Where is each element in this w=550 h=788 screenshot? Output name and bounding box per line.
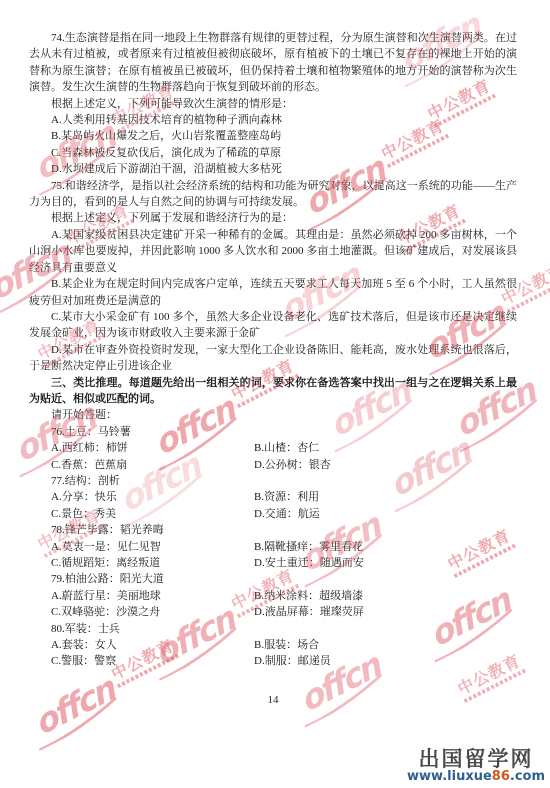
question-80-option-d: D.制服：邮递员 [254, 653, 517, 669]
question-74-option-c: C.当森林被反复砍伐后，演化成为了稀疏的草原 [29, 145, 517, 161]
question-77: 77.结构：剖析 A.分享：快乐 B.资源：利用 C.景色：秀美 D.交通：航运 [29, 473, 517, 522]
question-78-option-d: D.安土重迁：随遇而安 [254, 555, 517, 571]
question-74-option-a: A.人类利用转基因技术培育的植物种子洒向森林 [29, 112, 517, 128]
question-78-option-c: C.循规蹈矩：离经叛道 [51, 555, 254, 571]
question-79-option-b: B.纳米涂料：超级墙漆 [254, 588, 517, 604]
question-80-stem: 80.军装：士兵 [29, 621, 517, 637]
question-76-options-row-2: C.香蕉：芭蕉扇 D.公孙树：银杏 [29, 457, 517, 473]
question-75-stem: 根据上述定义，下列属于发展和谐经济行为的是： [29, 210, 517, 226]
liuxue86-logo: 出国留学网 www.liuxue86.com [407, 748, 545, 784]
question-76-option-d: D.公孙树：银杏 [254, 457, 517, 473]
question-79-stem: 79.柏油公路：阳光大道 [29, 571, 517, 587]
exam-content: 74.生态演替是指在同一地段上生物群落有规律的更替过程，分为原生演替和次生演替两… [29, 30, 517, 708]
question-80-option-c: C.警服：警察 [51, 653, 254, 669]
question-74: 74.生态演替是指在同一地段上生物群落有规律的更替过程，分为原生演替和次生演替两… [29, 30, 517, 178]
question-78-options-row-1: A.莫衷一是：见仁见智 B.隔靴搔痒：雾里看花 [29, 539, 517, 555]
question-75: 75.和谐经济学，是指以社会经济系统的结构和功能为研究对象，以提高这一系统的功能… [29, 178, 517, 375]
question-78-options-row-2: C.循规蹈矩：离经叛道 D.安土重迁：随遇而安 [29, 555, 517, 571]
question-77-option-c: C.景色：秀美 [51, 506, 254, 522]
question-76-option-b: B.山楂：杏仁 [254, 440, 517, 456]
question-76: 76.土豆：马铃薯 A.西红柿：柿饼 B.山楂：杏仁 C.香蕉：芭蕉扇 D.公孙… [29, 424, 517, 473]
question-77-option-a: A.分享：快乐 [51, 489, 254, 505]
question-80-options-row-2: C.警服：警察 D.制服：邮递员 [29, 653, 517, 669]
question-75-option-c: C.某市大小采金矿有 100 多个，虽然大多企业设备老化、选矿技术落后，但是该市… [29, 309, 517, 342]
question-76-options-row-1: A.西红柿：柿饼 B.山楂：杏仁 [29, 440, 517, 456]
question-76-stem: 76.土豆：马铃薯 [29, 424, 517, 440]
question-78-option-b: B.隔靴搔痒：雾里看花 [254, 539, 517, 555]
question-77-options-row-2: C.景色：秀美 D.交通：航运 [29, 506, 517, 522]
question-78-option-a: A.莫衷一是：见仁见智 [51, 539, 254, 555]
question-80-options-row-1: A.套装：女人 B.服装：场合 [29, 637, 517, 653]
question-75-option-b: B.某企业为在规定时间内完成客户定单，连续五天要求工人每天加班 5 至 6 个小… [29, 276, 517, 309]
site-url-86: 86 [492, 769, 510, 784]
question-78: 78.锋芒毕露：韬光养晦 A.莫衷一是：见仁见智 B.隔靴搔痒：雾里看花 C.循… [29, 522, 517, 571]
question-75-option-a: A.某国家级贫困县决定建矿开采一种稀有的金属。其理由是：虽然必须砍掉 200 多… [29, 227, 517, 276]
section-three-header: 三、类比推理。每道题先给出一组相关的词，要求你在备选答案中找出一组与之在逻辑关系… [29, 375, 517, 408]
site-url-suffix: .com [510, 769, 545, 784]
question-80-option-b: B.服装：场合 [254, 637, 517, 653]
question-79-option-a: A.蔚蓝行星：美丽地球 [51, 588, 254, 604]
question-76-option-a: A.西红柿：柿饼 [51, 440, 254, 456]
question-77-option-d: D.交通：航运 [254, 506, 517, 522]
liuxue86-site-name: 出国留学网 [407, 748, 545, 770]
liuxue86-site-url: www.liuxue86.com [407, 770, 545, 784]
page-number: 14 [29, 692, 517, 708]
start-answer-prompt: 请开始答题： [29, 407, 517, 423]
question-80: 80.军装：士兵 A.套装：女人 B.服装：场合 C.警服：警察 D.制服：邮递… [29, 621, 517, 670]
question-74-option-d: D.水坝建成后下游湖泊干涸，沿湖植被大多枯死 [29, 161, 517, 177]
question-79-options-row-1: A.蔚蓝行星：美丽地球 B.纳米涂料：超级墙漆 [29, 588, 517, 604]
question-77-stem: 77.结构：剖析 [29, 473, 517, 489]
question-76-option-c: C.香蕉：芭蕉扇 [51, 457, 254, 473]
question-74-stem: 根据上述定义，下列可能导致次生演替的情形是： [29, 96, 517, 112]
question-77-options-row-1: A.分享：快乐 B.资源：利用 [29, 489, 517, 505]
question-74-option-b: B.某岛屿火山爆发之后，火山岩浆覆盖整座岛屿 [29, 128, 517, 144]
question-77-option-b: B.资源：利用 [254, 489, 517, 505]
question-79-option-d: D.液晶屏幕：璀璨荧屏 [254, 604, 517, 620]
question-79-option-c: C.双峰骆驼：沙漠之舟 [51, 604, 254, 620]
question-74-intro: 74.生态演替是指在同一地段上生物群落有规律的更替过程，分为原生演替和次生演替两… [29, 30, 517, 96]
question-75-intro: 75.和谐经济学，是指以社会经济系统的结构和功能为研究对象，以提高这一系统的功能… [29, 178, 517, 211]
site-url-prefix: www.liuxue [407, 769, 492, 784]
question-79: 79.柏油公路：阳光大道 A.蔚蓝行星：美丽地球 B.纳米涂料：超级墙漆 C.双… [29, 571, 517, 620]
question-80-option-a: A.套装：女人 [51, 637, 254, 653]
question-78-stem: 78.锋芒毕露：韬光养晦 [29, 522, 517, 538]
question-79-options-row-2: C.双峰骆驼：沙漠之舟 D.液晶屏幕：璀璨荧屏 [29, 604, 517, 620]
exam-page: 74.生态演替是指在同一地段上生物群落有规律的更替过程，分为原生演替和次生演替两… [0, 0, 550, 788]
question-75-option-d: D.某市在审查外资投资时发现，一家大型化工企业设备陈旧、能耗高，废水处理系统也很… [29, 342, 517, 375]
